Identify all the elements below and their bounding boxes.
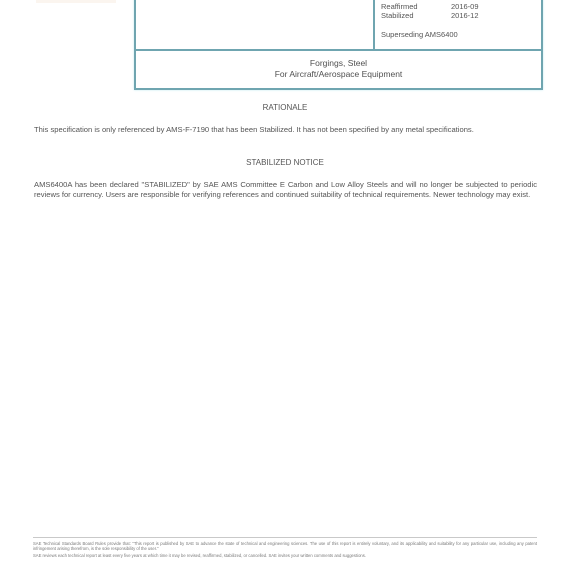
document-title: Forgings, Steel For Aircraft/Aerospace E… xyxy=(136,58,541,80)
header-meta: Reaffirmed 2016-09 Stabilized 2016-12 Su… xyxy=(381,0,537,39)
rationale-body: This specification is only referenced by… xyxy=(34,125,537,135)
rationale-heading: RATIONALE xyxy=(0,103,570,112)
meta-label: Reaffirmed xyxy=(381,2,451,11)
meta-row-stabilized: Stabilized 2016-12 xyxy=(381,11,537,20)
header-top-row: Reaffirmed 2016-09 Stabilized 2016-12 Su… xyxy=(136,0,541,51)
header-left-fragment xyxy=(36,0,116,3)
title-line-2: For Aircraft/Aerospace Equipment xyxy=(136,69,541,80)
title-line-1: Forgings, Steel xyxy=(136,58,541,69)
footer-disclaimer: SAE Technical Standards Board Rules prov… xyxy=(33,541,537,551)
footer-divider xyxy=(33,537,537,538)
stabilized-notice-body: AMS6400A has been declared "STABILIZED" … xyxy=(34,180,537,200)
meta-value: 2016-09 xyxy=(451,2,537,11)
document-header-box: Reaffirmed 2016-09 Stabilized 2016-12 Su… xyxy=(134,0,543,90)
superseding-note: Superseding AMS6400 xyxy=(381,30,537,39)
footer-review-note: SAE reviews each technical report at lea… xyxy=(33,553,537,558)
meta-value: 2016-12 xyxy=(451,11,537,20)
stabilized-notice-heading: STABILIZED NOTICE xyxy=(0,158,570,167)
header-top-left-cell xyxy=(136,0,375,49)
meta-label: Stabilized xyxy=(381,11,451,20)
meta-row-reaffirmed: Reaffirmed 2016-09 xyxy=(381,2,537,11)
